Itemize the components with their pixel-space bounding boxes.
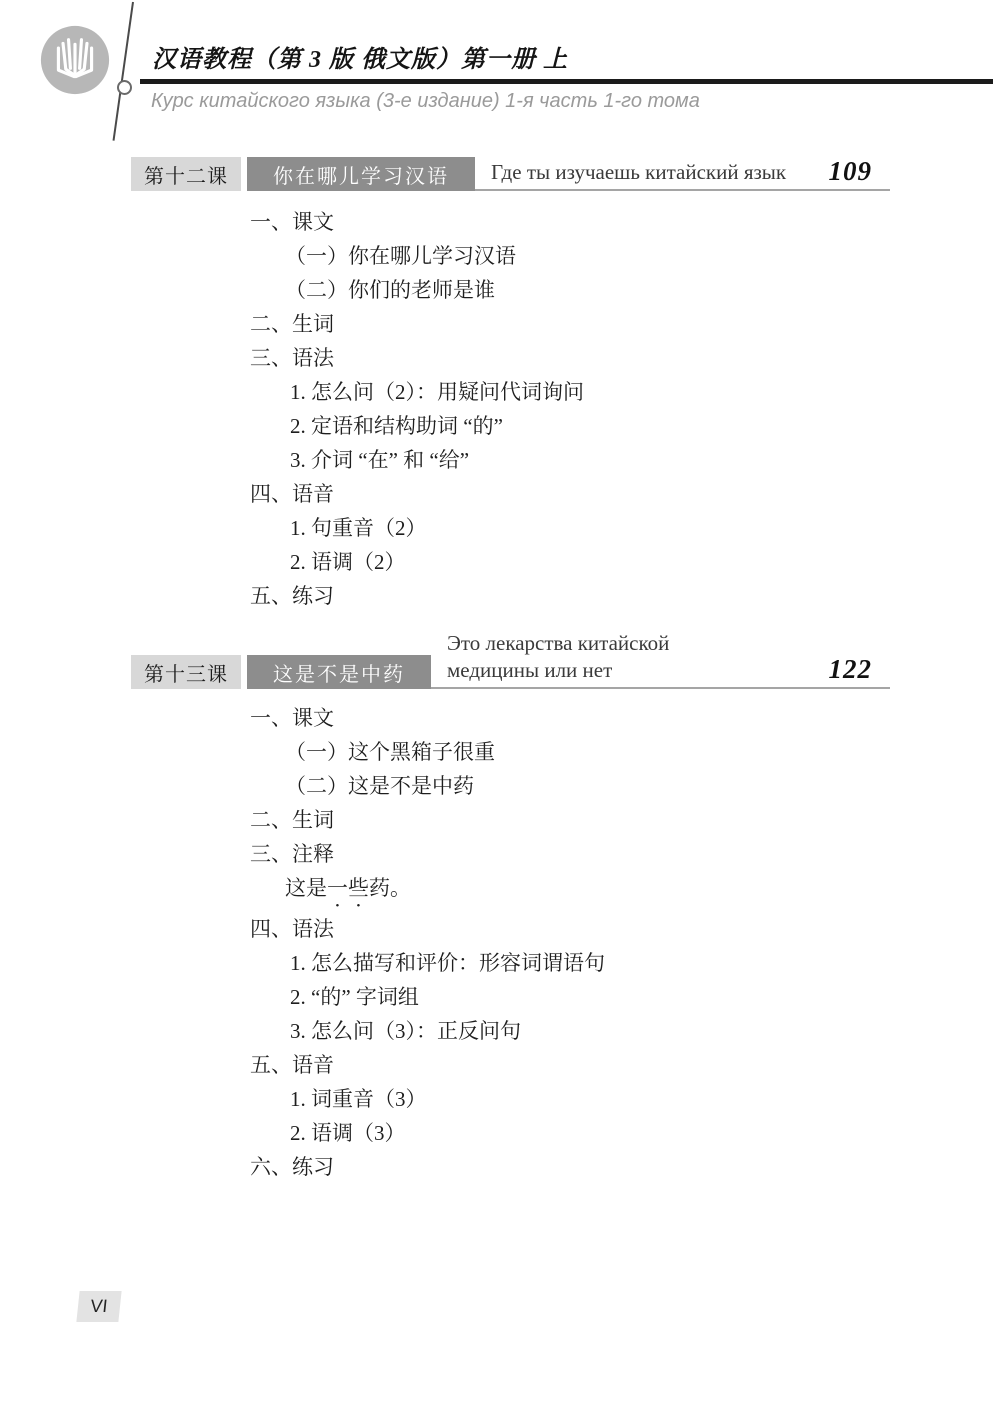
toc-item: 三、语法: [250, 341, 584, 375]
lesson-title-zh-badge: 你在哪儿学习汉语: [247, 157, 475, 191]
lesson-page-number: 122: [829, 654, 873, 685]
toc-item: 四、语音: [250, 477, 584, 511]
toc-item: （二）这是不是中药: [285, 769, 605, 803]
toc-item: 五、练习: [250, 579, 584, 613]
toc-item: 1. 怎么问（2）：用疑问代词询问: [290, 375, 584, 409]
toc-item: 二、生词: [250, 803, 605, 837]
toc-item: （二）你们的老师是谁: [285, 273, 584, 307]
open-book-icon: [40, 25, 110, 95]
toc-item: 六、练习: [250, 1150, 605, 1184]
lesson-number-badge: 第十三课: [131, 655, 241, 689]
toc-item: 2. 语调（2）: [290, 545, 584, 579]
toc-item: （一）这个黑箱子很重: [285, 735, 605, 769]
diagonal-divider-line: [113, 2, 134, 141]
toc-item: 1. 句重音（2）: [290, 511, 584, 545]
toc-item: 这是一些药。: [285, 871, 605, 912]
toc-item: 四、语法: [250, 912, 605, 946]
toc-item: 五、语音: [250, 1048, 605, 1082]
toc-item: 2. 定语和结构助词 “的”: [290, 409, 584, 443]
lesson-number-badge: 第十二课: [131, 157, 241, 191]
toc-item: 1. 怎么描写和评价：形容词谓语句: [290, 946, 605, 980]
lesson-header-rest: Это лекарства китайскоймедицины или нет …: [431, 655, 890, 689]
toc-item: （一）你在哪儿学习汉语: [285, 239, 584, 273]
page-number-box: VI: [76, 1291, 121, 1322]
book-subtitle-ru: Курс китайского языка (3-е издание) 1-я …: [151, 88, 700, 114]
toc-item: 二、生词: [250, 307, 584, 341]
lesson-title-ru: Где ты изучаешь китайский язык: [491, 159, 786, 186]
toc-item: 2. 语调（3）: [290, 1116, 605, 1150]
lesson-title-ru-line: медицины или нет: [447, 657, 669, 684]
lesson-entry-12: 第十二课 你在哪儿学习汉语 Где ты изучаешь китайский …: [131, 157, 890, 191]
book-title-zh: 汉语教程（第 3 版 俄文版）第一册 上: [152, 44, 568, 76]
page-number: VI: [89, 1296, 108, 1317]
toc-item: 2. “的” 字词组: [290, 980, 605, 1014]
ring-ornament-icon: [117, 80, 132, 95]
lesson-toc-12: 一、课文（一）你在哪儿学习汉语（二）你们的老师是谁二、生词三、语法1. 怎么问（…: [250, 205, 584, 613]
lesson-header-rest: Где ты изучаешь китайский язык 109: [475, 157, 890, 191]
lesson-title-zh-badge: 这是不是中药: [247, 655, 431, 689]
header-rule: [140, 79, 993, 84]
toc-item: 3. 怎么问（3）：正反问句: [290, 1014, 605, 1048]
lesson-page-number: 109: [829, 156, 873, 187]
toc-item: 1. 词重音（3）: [290, 1082, 605, 1116]
toc-item: 一、课文: [250, 701, 605, 735]
emphasized-text: 一些: [327, 876, 369, 900]
toc-item: 3. 介词 “在” 和 “给”: [290, 443, 584, 477]
toc-item: 一、课文: [250, 205, 584, 239]
lesson-toc-13: 一、课文（一）这个黑箱子很重（二）这是不是中药二、生词三、注释这是一些药。四、语…: [250, 701, 605, 1184]
toc-item-text: 这是: [285, 876, 327, 900]
book-toc-page: 汉语教程（第 3 版 俄文版）第一册 上 Курс китайского язы…: [0, 0, 993, 1401]
toc-item-text: 药。: [369, 876, 411, 900]
lesson-title-ru-line: Где ты изучаешь китайский язык: [491, 159, 786, 186]
toc-item: 三、注释: [250, 837, 605, 871]
publisher-logo: [40, 25, 110, 95]
lesson-title-ru: Это лекарства китайскоймедицины или нет: [447, 630, 669, 684]
lesson-entry-13: 第十三课 这是不是中药 Это лекарства китайскоймедиц…: [131, 655, 890, 689]
lesson-title-ru-line: Это лекарства китайской: [447, 630, 669, 657]
